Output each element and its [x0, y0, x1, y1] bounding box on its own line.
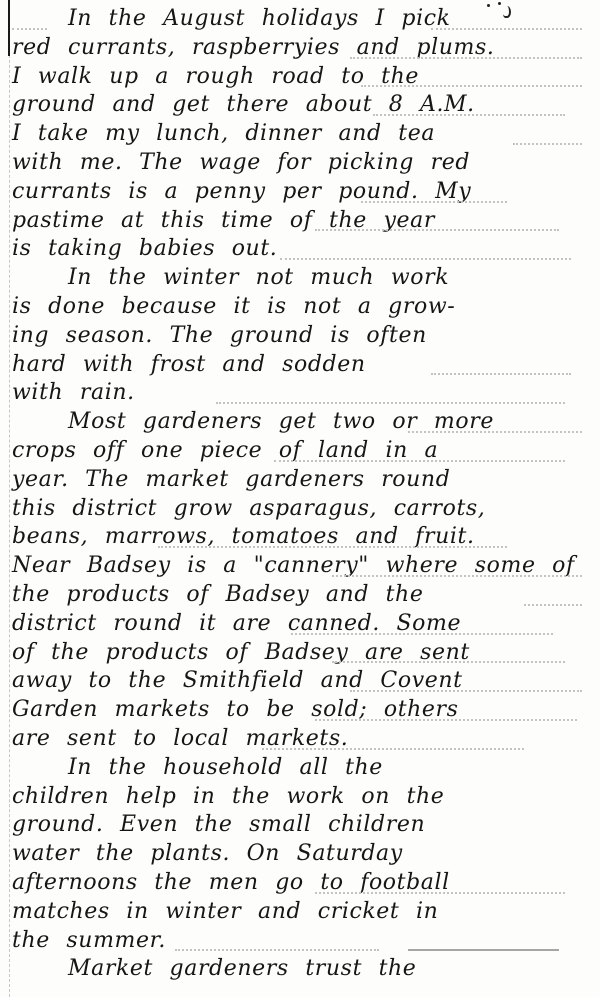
- handwritten-line: I take my lunch, dinner and tea: [12, 120, 594, 149]
- handwritten-text: I take my lunch, dinner and tea: [12, 120, 435, 149]
- handwritten-line: In the household all the: [12, 754, 594, 783]
- handwritten-line: afternoons the men go to football: [12, 869, 594, 898]
- handwritten-text: with rain.: [12, 379, 135, 408]
- handwritten-text: the products of Badsey and the: [12, 581, 423, 610]
- handwritten-line: this district grow asparagus, carrots,: [12, 495, 594, 524]
- handwritten-line: the products of Badsey and the: [12, 581, 594, 610]
- ruled-line-segment: [280, 258, 571, 260]
- handwritten-text: with me. The wage for picking red: [12, 149, 470, 178]
- handwritten-line: of the products of Badsey are sent: [12, 639, 594, 668]
- manuscript-page: In the August holidays I pickred currant…: [0, 0, 600, 997]
- handwriting-lines: In the August holidays I pickred currant…: [12, 5, 594, 984]
- handwritten-line: ground. Even the small children: [12, 811, 594, 840]
- ruled-line-segment: [332, 661, 565, 663]
- handwritten-text: hard with frost and sodden: [12, 351, 366, 380]
- ruled-line-segment: [315, 892, 565, 894]
- handwritten-text: the summer.: [12, 927, 166, 956]
- ruled-line-segment: [408, 431, 583, 433]
- ruled-line-segment: [274, 460, 565, 462]
- handwritten-line: currants is a penny per pound. My: [12, 178, 594, 207]
- margin-rule-line: [9, 0, 10, 997]
- ruled-line-segment: [408, 949, 559, 951]
- handwritten-text: is done because it is not a grow-: [12, 293, 455, 322]
- handwritten-text: children help in the work on the: [12, 783, 444, 812]
- ruled-line-segment: [524, 604, 582, 606]
- margin-line-top-stroke: [8, 0, 10, 56]
- handwritten-line: beans, marrows, tomatoes and fruit.: [12, 523, 594, 552]
- handwritten-line: matches in winter and cricket in: [12, 898, 594, 927]
- handwritten-line: with rain.: [12, 379, 594, 408]
- handwritten-text: In the household all the: [68, 754, 383, 783]
- ruled-line-segment: [262, 748, 524, 750]
- ruled-line-segment: [158, 546, 507, 548]
- handwritten-line: Most gardeners get two or more: [12, 408, 594, 437]
- handwritten-line: with me. The wage for picking red: [12, 149, 594, 178]
- handwritten-line: the summer.: [12, 927, 594, 956]
- handwritten-text: In the winter not much work: [68, 264, 449, 293]
- handwritten-text: ground. Even the small children: [12, 811, 425, 840]
- handwritten-line: I walk up a rough road to the: [12, 63, 594, 92]
- handwritten-line: away to the Smithfield and Covent: [12, 667, 594, 696]
- ruled-line-segment: [431, 373, 571, 375]
- handwritten-line: In the August holidays I pick: [12, 5, 594, 34]
- handwritten-text: I walk up a rough road to the: [12, 63, 419, 92]
- handwritten-text: water the plants. On Saturday: [12, 840, 403, 869]
- ruled-line-segment: [361, 85, 582, 87]
- ruled-line-segment: [431, 28, 582, 30]
- ruled-line-segment: [315, 229, 559, 231]
- handwritten-line: district round it are canned. Some: [12, 610, 594, 639]
- handwritten-text: this district grow asparagus, carrots,: [12, 495, 485, 524]
- ruled-line-segment: [332, 575, 582, 577]
- handwritten-line: hard with frost and sodden: [12, 351, 594, 380]
- handwritten-line: water the plants. On Saturday: [12, 840, 594, 869]
- handwritten-line: Market gardeners trust the: [12, 955, 594, 984]
- handwritten-line: crops off one piece of land in a: [12, 437, 594, 466]
- handwritten-line: In the winter not much work: [12, 264, 594, 293]
- ruled-line-segment: [361, 201, 507, 203]
- handwritten-text: In the August holidays I pick: [68, 5, 451, 34]
- ruled-line-segment: [513, 143, 583, 145]
- handwritten-line: Near Badsey is a "cannery" where some of: [12, 552, 594, 581]
- ruled-line-segment: [291, 633, 553, 635]
- ruled-line-segment: [175, 949, 379, 951]
- handwritten-line: red currants, raspberryies and plums.: [12, 34, 594, 63]
- handwritten-line: pastime at this time of the year: [12, 207, 594, 236]
- handwritten-line: Garden markets to be sold; others: [12, 696, 594, 725]
- handwritten-line: ground and get there about 8 A.M.: [12, 91, 594, 120]
- handwritten-text: matches in winter and cricket in: [12, 898, 438, 927]
- ruled-line-segment: [315, 719, 577, 721]
- handwritten-text: is taking babies out.: [12, 235, 277, 264]
- ruled-line-segment: [350, 690, 583, 692]
- handwritten-line: children help in the work on the: [12, 783, 594, 812]
- handwritten-line: is taking babies out.: [12, 235, 594, 264]
- handwritten-text: ing season. The ground is often: [12, 322, 427, 351]
- handwritten-text: Market gardeners trust the: [68, 955, 416, 984]
- ruled-line-segment: [373, 114, 565, 116]
- handwritten-text: year. The market gardeners round: [12, 466, 450, 495]
- ruled-line-segment: [350, 57, 583, 59]
- handwritten-line: ing season. The ground is often: [12, 322, 594, 351]
- ruled-line-segment: [12, 28, 47, 30]
- handwritten-line: year. The market gardeners round: [12, 466, 594, 495]
- handwritten-line: are sent to local markets.: [12, 725, 594, 754]
- ruled-line-segment: [216, 402, 565, 404]
- handwritten-line: is done because it is not a grow-: [12, 293, 594, 322]
